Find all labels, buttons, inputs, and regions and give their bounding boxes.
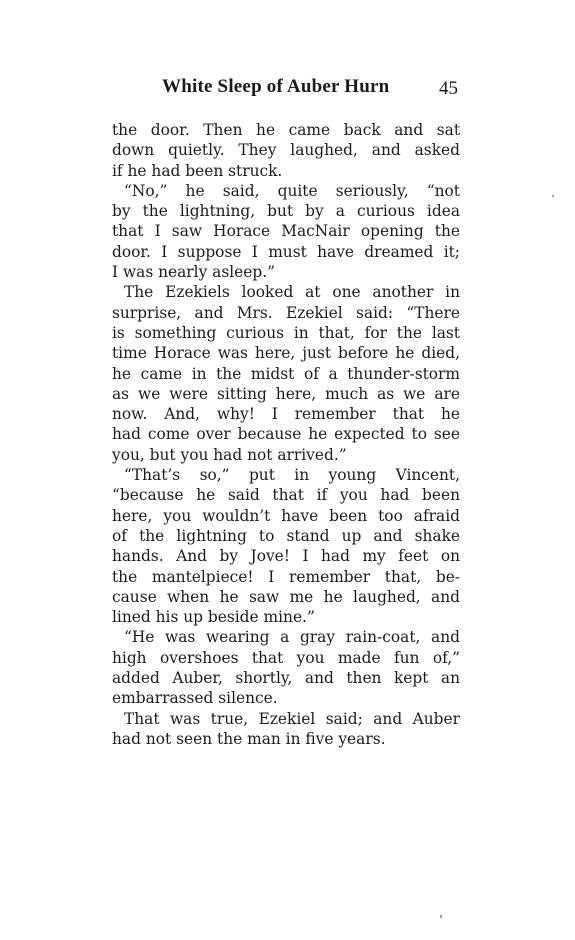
text-line: that I saw Horace MacNair opening the bbox=[112, 221, 460, 241]
text-line: The Ezekiels looked at one another in bbox=[112, 282, 460, 302]
text-line: door. I suppose I must have dreamed it; bbox=[112, 242, 460, 262]
text-line: here, you wouldn’t have been too afraid bbox=[112, 506, 460, 526]
body-text: the door. Then he came back and satdown … bbox=[112, 120, 460, 749]
book-page: White Sleep of Auber Hurn 45 the door. T… bbox=[0, 0, 575, 940]
text-line: time Horace was here, just before he die… bbox=[112, 343, 460, 363]
text-line: I was nearly asleep.” bbox=[112, 262, 460, 282]
text-line: is something curious in that, for the la… bbox=[112, 323, 460, 343]
text-line: he came in the midst of a thunder-storm bbox=[112, 364, 460, 384]
text-line: the mantelpiece! I remember that, be- bbox=[112, 567, 460, 587]
text-line: now. And, why! I remember that he bbox=[112, 404, 460, 424]
text-line: as we were sitting here, much as we are bbox=[112, 384, 460, 404]
text-line: down quietly. They laughed, and asked bbox=[112, 140, 460, 160]
running-header: White Sleep of Auber Hurn 45 bbox=[162, 76, 462, 106]
text-line: had come over because he expected to see bbox=[112, 424, 460, 444]
scan-speck bbox=[552, 195, 554, 197]
text-line: by the lightning, but by a curious idea bbox=[112, 201, 460, 221]
page-number: 45 bbox=[439, 78, 458, 100]
text-line: high overshoes that you made fun of,” bbox=[112, 648, 460, 668]
text-line: if he had been struck. bbox=[112, 161, 460, 181]
text-line: “No,” he said, quite seriously, “not bbox=[112, 181, 460, 201]
text-line: cause when he saw me he laughed, and bbox=[112, 587, 460, 607]
text-line: you, but you had not arrived.” bbox=[112, 445, 460, 465]
text-line: the door. Then he came back and sat bbox=[112, 120, 460, 140]
text-line: “He was wearing a gray rain-coat, and bbox=[112, 627, 460, 647]
text-line: hands. And by Jove! I had my feet on bbox=[112, 546, 460, 566]
text-line: lined his up beside mine.” bbox=[112, 607, 460, 627]
text-line: had not seen the man in five years. bbox=[112, 729, 460, 749]
text-line: embarrassed silence. bbox=[112, 688, 460, 708]
text-line: added Auber, shortly, and then kept an bbox=[112, 668, 460, 688]
text-line: of the lightning to stand up and shake bbox=[112, 526, 460, 546]
running-title: White Sleep of Auber Hurn bbox=[162, 76, 389, 97]
text-line: That was true, Ezekiel said; and Auber bbox=[112, 709, 460, 729]
scan-speck bbox=[440, 915, 442, 918]
text-line: “because he said that if you had been bbox=[112, 485, 460, 505]
text-line: surprise, and Mrs. Ezekiel said: “There bbox=[112, 303, 460, 323]
text-line: “That’s so,” put in young Vincent, bbox=[112, 465, 460, 485]
